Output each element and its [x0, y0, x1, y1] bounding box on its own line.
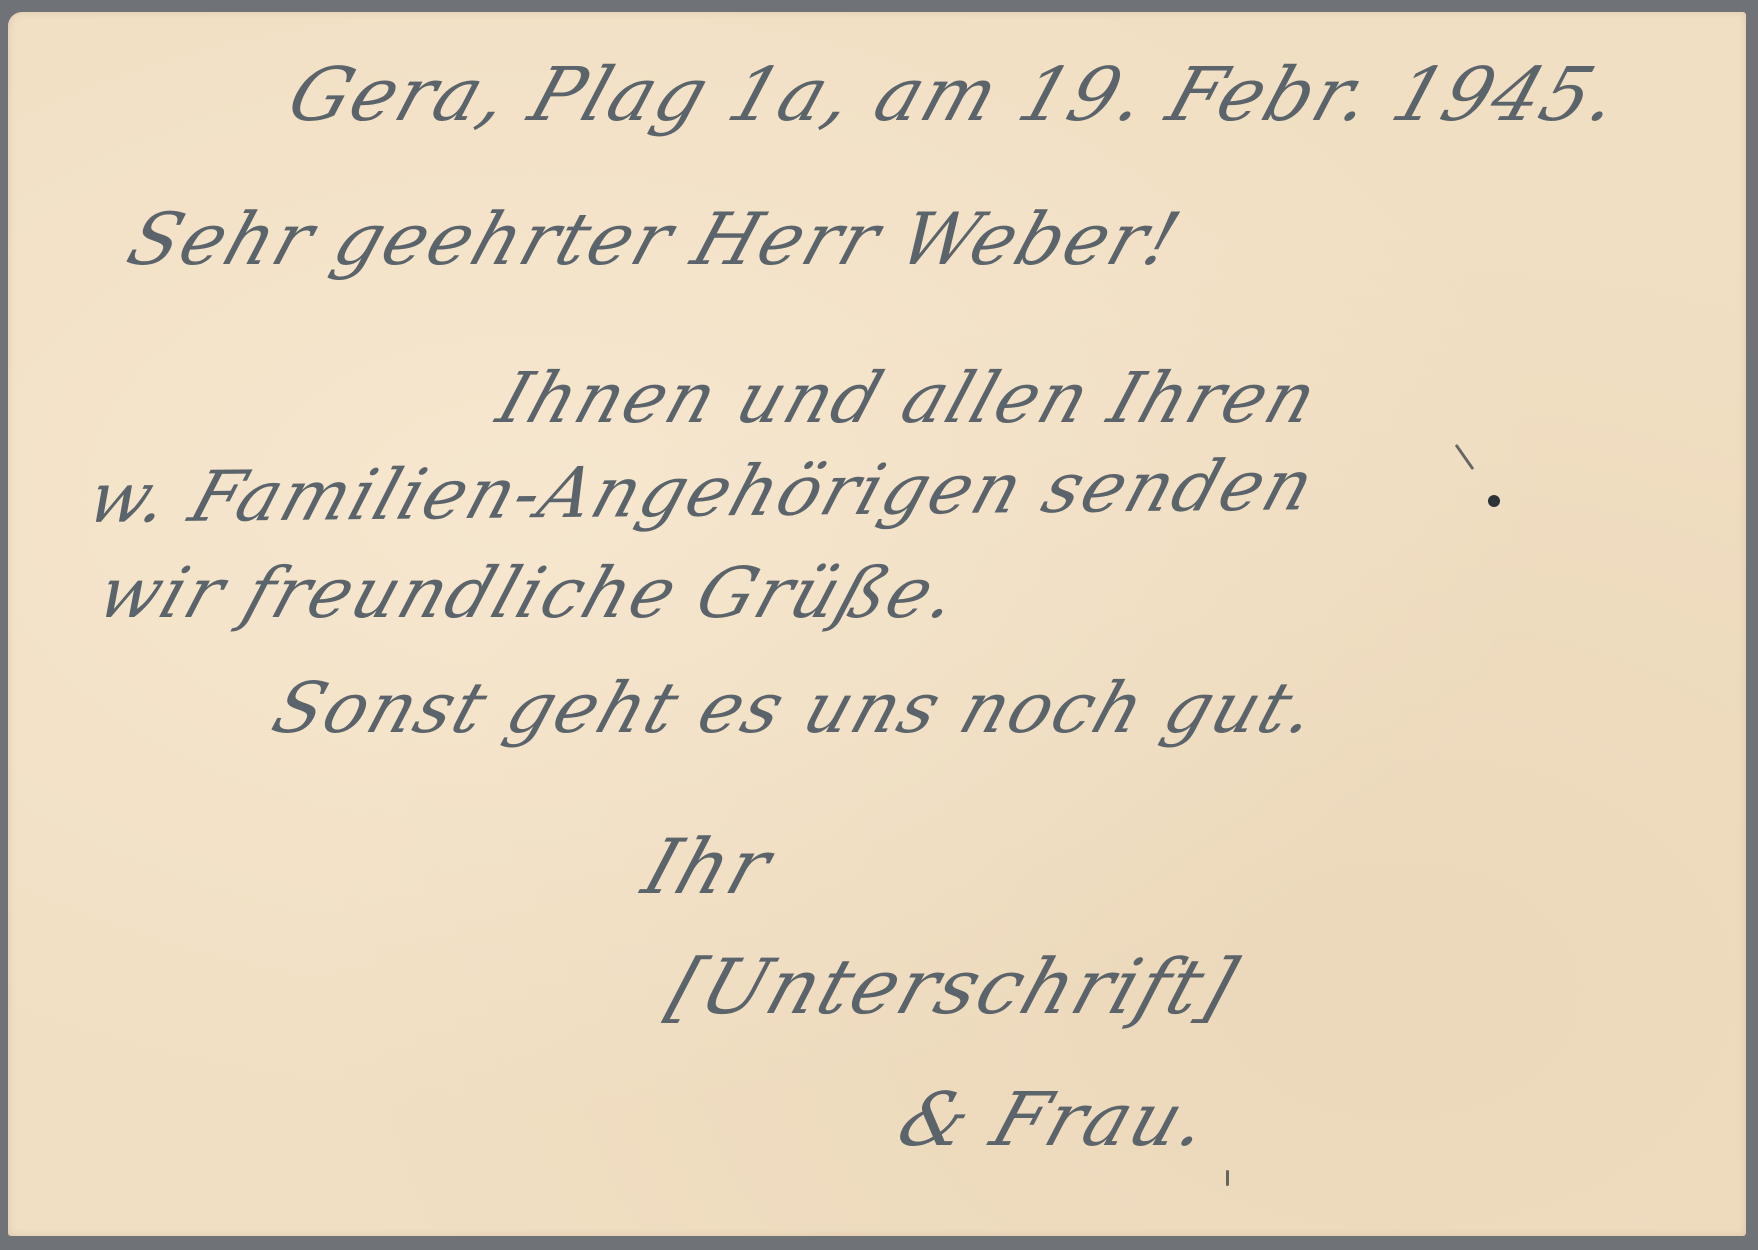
postcard: Gera, Plag 1a, am 19. Febr. 1945. Sehr g…: [8, 12, 1746, 1236]
salutation: Sehr geehrter Herr Weber!: [118, 197, 1192, 281]
body-line-4: Sonst geht es uns noch gut.: [263, 667, 1329, 749]
closing: Ihr: [633, 822, 783, 911]
body-line-3: wir freundliche Grüße.: [88, 552, 970, 634]
signature: [Unterschrift]: [658, 942, 1249, 1031]
ink-dot-mark: [1226, 1170, 1229, 1186]
ink-stroke-mark: [1455, 444, 1475, 470]
ink-blot: [1488, 495, 1500, 507]
place-date-line: Gera, Plag 1a, am 19. Febr. 1945.: [278, 52, 1632, 138]
body-line-1: Ihnen und allen Ihren: [488, 357, 1328, 439]
body-line-2: w. Familien-Angehörigen senden: [78, 444, 1326, 539]
signature-suffix: & Frau.: [888, 1077, 1221, 1163]
